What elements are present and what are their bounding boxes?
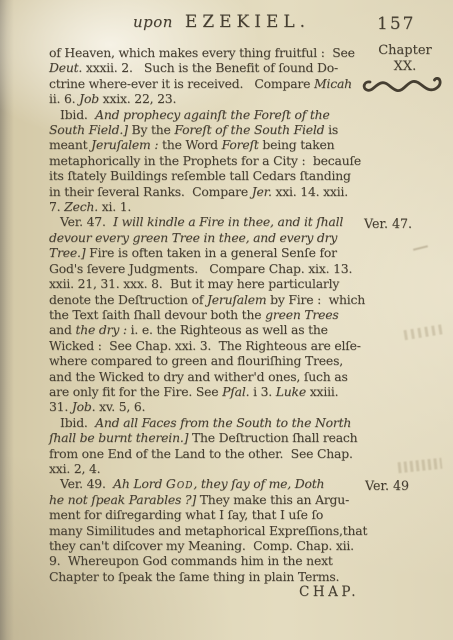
body-line: ment for diſregarding what I ſay, that I… bbox=[49, 507, 367, 522]
body-line: 7. Zech. xi. 1. bbox=[49, 199, 367, 214]
body-line: meant Jeruſalem : the Word Foreſt being … bbox=[49, 137, 367, 152]
body-line: Ver. 47. I will kindle a Fire in thee, a… bbox=[49, 214, 367, 229]
flourish-squiggle-icon bbox=[360, 73, 446, 99]
page-body: of Heaven, which makes every thing fruit… bbox=[49, 45, 367, 584]
running-title: uponEZEKIEL. bbox=[60, 12, 383, 32]
chapter-number: XX. bbox=[363, 59, 447, 75]
body-line: the Text ſaith ſhall devour both the gre… bbox=[49, 307, 367, 322]
body-line: God's ſevere Judgments. Compare Chap. xi… bbox=[49, 261, 367, 276]
bleed-through-mark bbox=[398, 458, 443, 474]
body-line: 31. Job. xv. 5, 6. bbox=[49, 399, 367, 414]
body-line: are only fit for the Fire. See Pſal. i 3… bbox=[49, 384, 367, 399]
body-line: Ibid. And all Faces from the South to th… bbox=[49, 415, 367, 430]
body-line: denote the Deſtruction of Jeruſalem by F… bbox=[49, 292, 367, 307]
body-line: its ſtately Buildings reſemble tall Ceda… bbox=[49, 168, 367, 183]
bleed-through-mark bbox=[413, 245, 428, 251]
body-line: Ver. 49. Ah Lord God, they ſay of me, Do… bbox=[49, 476, 367, 491]
body-line: they can't diſcover my Meaning. Comp. Ch… bbox=[49, 538, 367, 553]
body-line: Wicked : See Chap. xxi. 3. The Righteous… bbox=[49, 338, 367, 353]
body-line: Ibid. And prophecy againſt the Foreſt of… bbox=[49, 107, 367, 122]
body-line: Tree.] Fire is often taken in a general … bbox=[49, 245, 367, 260]
body-line: from one End of the Land to the other. S… bbox=[49, 446, 367, 461]
body-line: 9. Whereupon God commands him in the nex… bbox=[49, 553, 367, 568]
body-line: ii. 6. Job xxix. 22, 23. bbox=[49, 91, 367, 106]
body-line: of Heaven, which makes every thing fruit… bbox=[49, 45, 367, 60]
catchword: CHAP. bbox=[49, 584, 359, 600]
bleed-through-mark bbox=[403, 324, 446, 340]
running-title-prefix: upon bbox=[133, 13, 173, 31]
chapter-word: Chapter bbox=[363, 43, 447, 59]
body-line: and the Wicked to dry and wither'd ones,… bbox=[49, 369, 367, 384]
running-title-main: EZEKIEL. bbox=[185, 12, 310, 32]
body-line: metaphorically in the Prophets for a Cit… bbox=[49, 153, 367, 168]
page-edge-shadow bbox=[0, 0, 14, 640]
body-line: ſhall be burnt therein.] The Deſtruction… bbox=[49, 430, 367, 445]
body-line: Chapter to ſpeak the ſame thing in plain… bbox=[49, 569, 367, 584]
body-line: and the dry : i. e. the Righteous as wel… bbox=[49, 322, 367, 337]
body-line: in their ſeveral Ranks. Compare Jer. xxi… bbox=[49, 184, 367, 199]
margin-chapter-note: Chapter XX. bbox=[363, 43, 447, 74]
body-line: Deut. xxxii. 2. Such is the Benefit of ſ… bbox=[49, 60, 367, 75]
book-page: uponEZEKIEL. 157 of Heaven, which makes … bbox=[0, 0, 453, 640]
page-number: 157 bbox=[377, 14, 415, 34]
body-line: xxii. 21, 31. xxx. 8. But it may here pa… bbox=[49, 276, 367, 291]
body-line: devour every green Tree in thee, and eve… bbox=[49, 230, 367, 245]
margin-note-ver-49: Ver. 49 bbox=[365, 478, 409, 493]
body-line: he not ſpeak Parables ?] They make this … bbox=[49, 492, 367, 507]
body-line: South Field.] By the Foreſt of the South… bbox=[49, 122, 367, 137]
body-line: xxi. 2, 4. bbox=[49, 461, 367, 476]
body-line: many Similitudes and metaphorical Expreſ… bbox=[49, 523, 367, 538]
margin-note-ver-47: Ver. 47. bbox=[364, 216, 412, 231]
body-line: ctrine where-ever it is received. Compar… bbox=[49, 76, 367, 91]
body-line: where compared to green and flouriſhing … bbox=[49, 353, 367, 368]
